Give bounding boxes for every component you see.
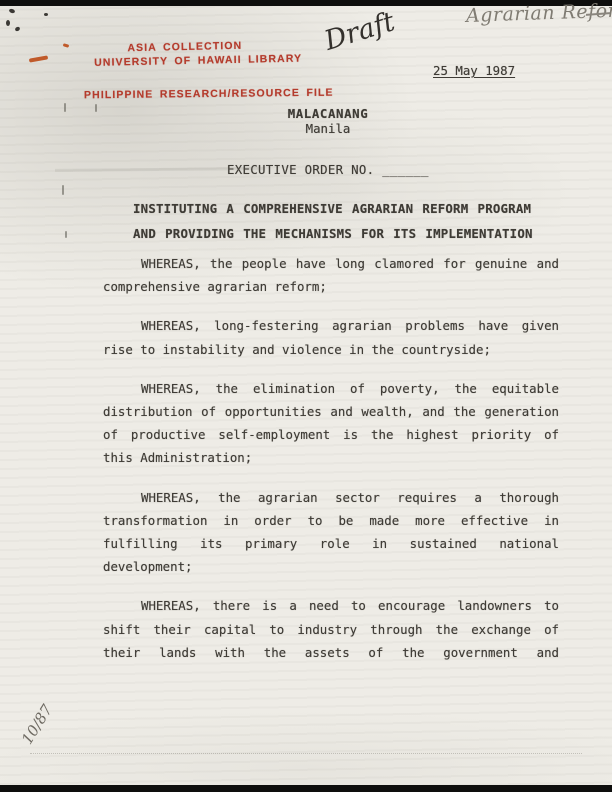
document-body: WHEREAS, the people have long clamored f… [103,252,559,680]
orange-pen-mark [29,55,48,62]
scan-smudge [8,8,15,14]
typed-line: shift their capital to industry through … [103,618,559,641]
scan-smudge [44,13,48,16]
whereas-paragraph: WHEREAS, long-festering agrarian problem… [103,314,559,360]
scan-artifact-tick [64,103,66,112]
scan-edge-bottom [0,785,612,792]
typed-line: comprehensive agrarian reform; [103,275,559,298]
whereas-paragraph: WHEREAS, the agrarian sector requires a … [103,486,559,579]
orange-pen-mark [63,43,70,48]
typed-line: transformation in order to be made more … [103,509,559,532]
typed-line: WHEREAS, long-festering agrarian problem… [103,314,559,337]
typed-line: WHEREAS, the elimination of poverty, the… [103,377,559,400]
handwritten-note-draft: Draft [321,6,398,57]
resource-file-stamp: PHILIPPINE RESEARCH/RESOURCE FILE [84,87,334,102]
library-stamp-line2: UNIVERSITY OF HAWAII LIBRARY [94,53,276,70]
scan-faint-line [30,753,582,754]
library-stamp: ASIA COLLECTION UNIVERSITY OF HAWAII LIB… [94,39,277,70]
whereas-paragraph: WHEREAS, the elimination of poverty, the… [103,377,559,470]
typed-line: WHEREAS, the people have long clamored f… [103,252,559,275]
typed-line: this Administration; [103,446,559,469]
typed-line: rise to instability and violence in the … [103,338,559,361]
typed-line: distribution of opportunities and wealth… [103,400,559,423]
typed-line: WHEREAS, the agrarian sector requires a … [103,486,559,509]
typed-line: development; [103,555,559,578]
typed-line: their lands with the assets of the gover… [103,641,559,664]
whereas-paragraph: WHEREAS, the people have long clamored f… [103,252,559,298]
scan-artifact-tick [62,185,64,195]
typed-line: WHEREAS, there is a need to encourage la… [103,594,559,617]
document-date: 25 May 1987 [433,63,515,78]
whereas-paragraph: WHEREAS, there is a need to encourage la… [103,594,559,664]
typed-line: fulfilling its primary role in sustained… [103,532,559,555]
handwritten-note-catalog-number: 10/87 [18,701,56,747]
typed-line: of productive self-employment is the hig… [103,423,559,446]
letterhead-city: Manila [100,122,556,137]
letterhead-palace: MALACANANG [100,107,556,122]
scan-artifact-tick [65,231,67,238]
document-title: INSTITUTING A COMPREHENSIVE AGRARIAN REF… [133,196,553,246]
scan-artifact-tick [95,104,97,112]
scan-smudge [14,26,20,32]
title-line2: AND PROVIDING THE MECHANISMS FOR ITS IMP… [133,221,553,246]
scan-smudge [6,20,10,26]
title-line1: INSTITUTING A COMPREHENSIVE AGRARIAN REF… [133,196,553,221]
scanned-document-page: Agrarian Reform Draft 10/87 ASIA COLLECT… [0,0,612,792]
letterhead: MALACANANG Manila [100,107,556,136]
